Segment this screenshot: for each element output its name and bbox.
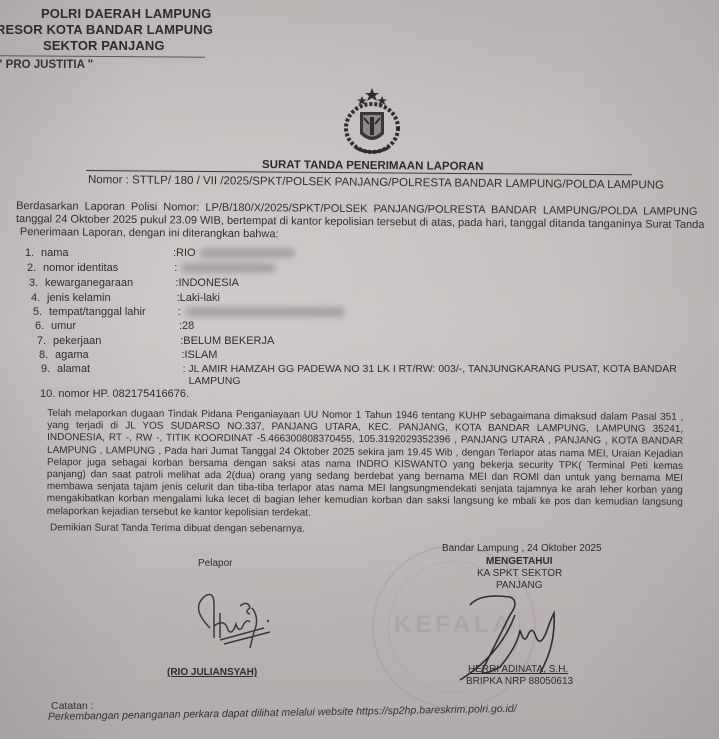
header-divider xyxy=(0,55,205,57)
field-label: alamat xyxy=(57,363,90,375)
field-number: 4. xyxy=(31,292,40,304)
field-value-continued: LAMPUNG xyxy=(183,375,677,387)
officer-title-1: KA SPKT SEKTOR xyxy=(477,568,562,579)
redacted-value xyxy=(185,307,345,317)
mengetahui-label: MENGETAHUI xyxy=(486,556,552,567)
header-line-3: SEKTOR PANJANG xyxy=(43,38,165,53)
phone-number: 10. nomor HP. 082175416676. xyxy=(40,388,189,400)
field-value: : xyxy=(178,306,345,318)
field-value: :28 xyxy=(179,320,194,332)
field-label: agama xyxy=(55,349,89,361)
catatan-text: Perkembangan penanganan perkara dapat di… xyxy=(48,703,517,723)
redacted-value xyxy=(181,263,276,273)
field-label: nama xyxy=(41,247,69,259)
field-value-text: :ISLAM xyxy=(181,349,217,361)
field-value-text: : JL AMIR HAMZAH GG PADEWA NO 31 LK I RT… xyxy=(183,363,677,375)
field-value: :Laki-laki xyxy=(177,292,220,304)
field-label: umur xyxy=(51,320,76,332)
field-value: : JL AMIR HAMZAH GG PADEWA NO 31 LK I RT… xyxy=(183,363,677,387)
field-label: nomor identitas xyxy=(43,262,118,274)
field-value-text: : xyxy=(174,262,177,274)
header-line-1: POLRI DAERAH LAMPUNG xyxy=(41,6,211,21)
field-number: 7. xyxy=(37,335,46,347)
pelapor-signature xyxy=(180,588,280,658)
field-number: 5. xyxy=(33,306,42,318)
field-number: 9. xyxy=(41,363,50,375)
place-date: Bandar Lampung , 24 Oktober 2025 xyxy=(442,543,602,554)
document-number: Nomor : STTLP/ 180 / VII /2025/SPKT/POLS… xyxy=(88,174,664,192)
field-value: :INDONESIA xyxy=(175,277,239,289)
field-number: 8. xyxy=(39,349,48,361)
pro-justitia: " PRO JUSTITIA " xyxy=(0,59,93,71)
officer-name: HERRI ADINATA, S.H. xyxy=(468,664,568,675)
pelapor-label: Pelapor xyxy=(198,558,232,569)
closing-statement: Demikian Surat Tanda Terima dibuat denga… xyxy=(50,522,305,536)
field-value-text: :INDONESIA xyxy=(175,277,239,289)
header-line-2: RESOR KOTA BANDAR LAMPUNG xyxy=(0,22,213,37)
field-value-text: :Laki-laki xyxy=(177,292,220,304)
field-label: pekerjaan xyxy=(53,335,101,347)
field-value: :BELUM BEKERJA xyxy=(180,335,274,347)
field-number: 6. xyxy=(35,320,44,332)
pelapor-name: (RIO JULIANSYAH) xyxy=(167,667,257,678)
field-number: 1. xyxy=(25,247,34,259)
field-value: :ISLAM xyxy=(181,349,217,361)
field-value: :RIO xyxy=(173,247,295,259)
field-label: kewarganegaraan xyxy=(45,277,133,289)
field-value: : xyxy=(174,262,276,274)
field-value-text: :BELUM BEKERJA xyxy=(180,335,274,347)
report-paragraph: Telah melaporkan dugaan Tindak Pidana Pe… xyxy=(47,408,684,522)
field-label: tempat/tanggal lahir xyxy=(49,306,146,318)
officer-rank-nrp: BRIPKA NRP 88050613 xyxy=(466,676,573,687)
field-value-text: :28 xyxy=(179,320,194,332)
intro-paragraph: Berdasarkan Laporan Polisi Nomor: LP/B/1… xyxy=(16,200,706,244)
polri-emblem-icon xyxy=(336,86,408,158)
field-number: 3. xyxy=(29,277,38,289)
field-label: jenis kelamin xyxy=(47,292,111,304)
redacted-value xyxy=(200,248,295,258)
field-value-text: :RIO xyxy=(173,247,196,259)
field-number: 2. xyxy=(27,262,36,274)
field-value-text: : xyxy=(178,306,181,318)
